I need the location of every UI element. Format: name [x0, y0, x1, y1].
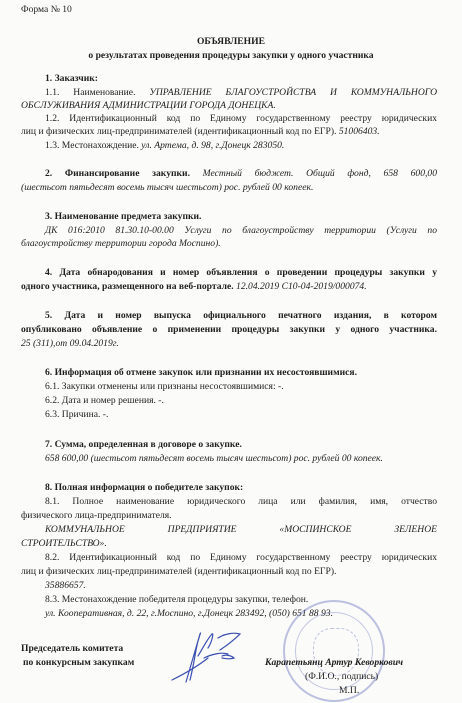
section-1-heading: 1. Заказчик:: [45, 72, 98, 85]
section-4-heading-line2: одного участника, размещенного на веб-по…: [21, 281, 234, 292]
section-4-line2: одного участника, размещенного на веб-по…: [21, 280, 367, 293]
announcement-date-number: 12.04.2019 C10-04-2019/000074.: [236, 281, 367, 292]
signer-name: Карапетьянц Артур Кеворкович: [265, 656, 403, 669]
signature-caption: (Ф.И.О., подпись): [305, 670, 378, 683]
section-8-heading: 8. Полная информация о победителе закупо…: [45, 481, 243, 494]
financing-value-line1: Местный бюджет. Общий фонд, 658 600,00: [203, 168, 437, 179]
section-2-line1: 2. Финансирование закупки. Местный бюдже…: [45, 167, 437, 180]
official-seal-stamp: [283, 600, 385, 702]
section-4-heading-line1: 4. Дата обнародования и номер объявления…: [45, 266, 437, 279]
section-6-3: 6.3. Причина. -.: [45, 408, 108, 421]
section-3-heading: 3. Наименование предмета закупки.: [45, 210, 201, 223]
signer-position-line2: по конкурсным закупкам: [23, 656, 134, 669]
signer-position-line1: Председатель комитета: [21, 642, 123, 655]
publication-issue: 25 (311),от 09.04.2019г.: [21, 337, 119, 350]
subject-line2: благоустройству территории города Моспин…: [21, 237, 221, 250]
customer-name-line1: УПРАВЛЕНИЕ БЛАГОУСТРОЙСТВА И КОММУНАЛЬНО…: [149, 87, 437, 98]
section-1-3-label: 1.3. Местонахождение.: [45, 140, 139, 151]
document-page: Форма № 10 ОБЪЯВЛЕНИЕ о результатах пров…: [0, 0, 462, 703]
section-6-1: 6.1. Закупки отменены или признаны несос…: [45, 380, 284, 393]
handwritten-signature: [168, 628, 250, 684]
subject-line1: ДК 016:2010 81.30.10-00.00 Услуги по бла…: [45, 224, 437, 237]
section-1-2-text: лиц и физических лиц-предпринимателей (и…: [21, 126, 336, 137]
section-1-2-line2: лиц и физических лиц-предпринимателей (и…: [21, 125, 380, 138]
section-1-2-line1: 1.2. Идентификационный код по Единому го…: [45, 112, 437, 125]
winner-address-phone: ул. Кооперативная, д. 22, г.Моспино, г.Д…: [45, 607, 333, 620]
winner-name-line1: КОММУНАЛЬНОЕ ПРЕДПРИЯТИЕ «МОСПИНСКОЕ ЗЕЛ…: [45, 523, 437, 536]
section-7-heading: 7. Сумма, определенная в договоре о заку…: [45, 438, 242, 451]
financing-value-line2: (шестьсот пятьдесят восемь тысяч шестьсо…: [21, 181, 313, 194]
section-8-3-label: 8.3. Местонахождение победителя процедур…: [45, 593, 308, 606]
section-8-1-line2: физического лица-предпринимателя.: [21, 509, 172, 522]
section-2-heading: 2. Финансирование закупки.: [45, 168, 190, 179]
form-number: Форма № 10: [21, 3, 72, 16]
section-8-2-line2: лиц и физических лиц-предпринимателей (и…: [21, 565, 336, 578]
section-1-1: 1.1. Наименование. УПРАВЛЕНИЕ БЛАГОУСТРО…: [45, 86, 437, 99]
section-1-1-label: 1.1. Наименование.: [45, 87, 135, 98]
section-6-heading: 6. Информация об отмене закупок или приз…: [45, 366, 357, 379]
section-1-3: 1.3. Местонахождение. ул. Артема, д. 98,…: [45, 139, 284, 152]
section-8-2-line1: 8.2. Идентификационный код по Единому го…: [45, 551, 437, 564]
winner-egr-code: 35886657.: [45, 579, 86, 592]
document-title: ОБЪЯВЛЕНИЕ: [0, 35, 462, 48]
contract-sum: 658 600,00 (шестьсот пятьдесят восемь ты…: [45, 452, 383, 465]
customer-address: ул. Артема, д. 98, г.Донецк 283050.: [141, 140, 284, 151]
seal-label: М.П.: [339, 684, 359, 697]
section-5-heading-line2: опубликовано объявление о применении про…: [21, 323, 437, 336]
winner-name-line2: СТРОИТЕЛЬСТВО».: [21, 537, 107, 550]
customer-egr-code: 51006403.: [339, 126, 380, 137]
customer-name-line2: ОБСЛУЖИВАНИЯ АДМИНИСТРАЦИИ ГОРОДА ДОНЕЦК…: [21, 99, 276, 112]
section-8-1-line1: 8.1. Полное наименование юридического ли…: [45, 495, 437, 508]
section-6-2: 6.2. Дата и номер решения. -.: [45, 394, 164, 407]
document-subtitle: о результатах проведения процедуры закуп…: [0, 49, 462, 62]
section-5-heading-line1: 5. Дата и номер выпуска официального печ…: [45, 309, 437, 322]
